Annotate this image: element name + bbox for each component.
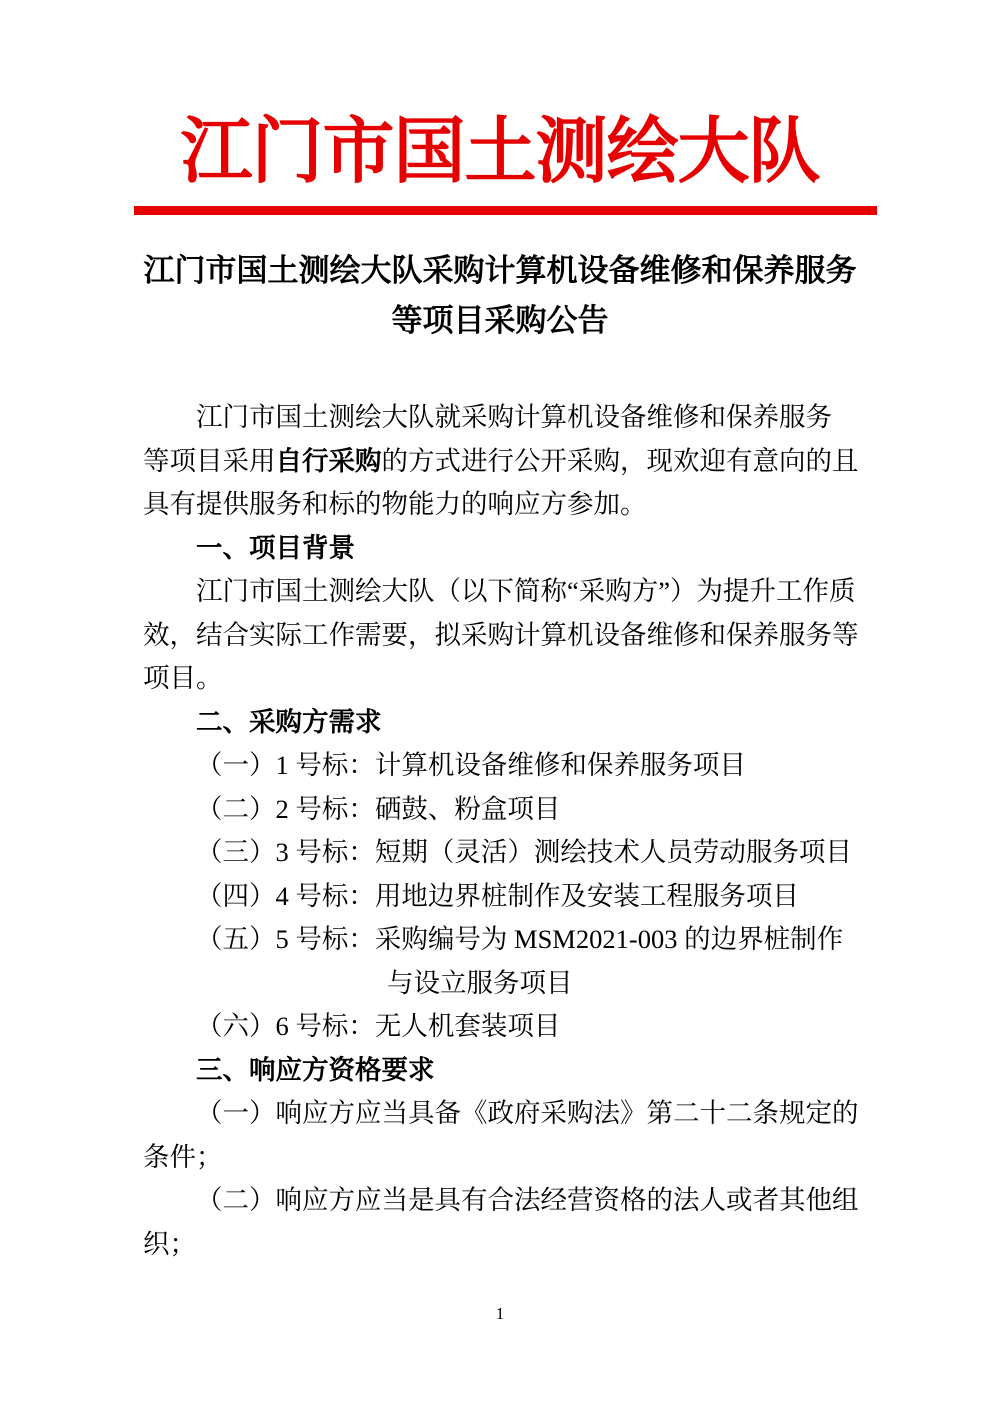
section-3-line-4: 织； bbox=[143, 1223, 858, 1267]
requirement-item-3: （三）3 号标：短期（灵活）测绘技术人员劳动服务项目 bbox=[143, 831, 858, 875]
document-body: 江门市国土测绘大队就采购计算机设备维修和保养服务 等项目采用自行采购的方式进行公… bbox=[143, 396, 858, 1266]
section-1-heading: 一、项目背景 bbox=[143, 527, 858, 571]
section-1-line-2: 效，结合实际工作需要，拟采购计算机设备维修和保养服务等 bbox=[143, 614, 858, 658]
document-title: 江门市国土测绘大队采购计算机设备维修和保养服务 等项目采购公告 bbox=[0, 246, 1000, 346]
requirement-item-4: （四）4 号标：用地边界桩制作及安装工程服务项目 bbox=[143, 875, 858, 919]
intro-line-2: 等项目采用自行采购的方式进行公开采购，现欢迎有意向的且 bbox=[143, 440, 858, 484]
intro-line-2-pre: 等项目采用 bbox=[143, 446, 276, 476]
requirement-item-2: （二）2 号标：硒鼓、粉盒项目 bbox=[143, 788, 858, 832]
section-2-heading: 二、采购方需求 bbox=[143, 701, 858, 745]
requirement-item-1: （一）1 号标：计算机设备维修和保养服务项目 bbox=[143, 744, 858, 788]
section-3-line-2: 条件； bbox=[143, 1136, 858, 1180]
document-title-line-1: 江门市国土测绘大队采购计算机设备维修和保养服务 bbox=[0, 246, 1000, 296]
intro-line-3: 具有提供服务和标的物能力的响应方参加。 bbox=[143, 483, 858, 527]
page-number: 1 bbox=[0, 1303, 1000, 1325]
intro-line-1: 江门市国土测绘大队就采购计算机设备维修和保养服务 bbox=[143, 396, 858, 440]
requirement-item-6: （六）6 号标：无人机套装项目 bbox=[143, 1005, 858, 1049]
document-title-line-2: 等项目采购公告 bbox=[0, 296, 1000, 346]
section-1-line-3: 项目。 bbox=[143, 657, 858, 701]
requirement-item-5: （五）5 号标：采购编号为 MSM2021-003 的边界桩制作 bbox=[143, 918, 858, 962]
letterhead-org-name: 江门市国土测绘大队 bbox=[0, 100, 1000, 205]
section-3-line-3: （二）响应方应当是具有合法经营资格的法人或者其他组 bbox=[143, 1179, 858, 1223]
section-1-line-1: 江门市国土测绘大队（以下简称“采购方”）为提升工作质 bbox=[143, 570, 858, 614]
letterhead-double-rule bbox=[134, 206, 877, 215]
section-3-heading: 三、响应方资格要求 bbox=[143, 1049, 858, 1093]
intro-line-2-bold-term: 自行采购 bbox=[276, 446, 382, 476]
requirement-item-5-continuation: 与设立服务项目 bbox=[143, 962, 858, 1006]
intro-line-2-post: 的方式进行公开采购，现欢迎有意向的且 bbox=[382, 446, 859, 476]
document-page: 江门市国土测绘大队 江门市国土测绘大队采购计算机设备维修和保养服务 等项目采购公… bbox=[0, 0, 1000, 1414]
section-3-line-1: （一）响应方应当具备《政府采购法》第二十二条规定的 bbox=[143, 1092, 858, 1136]
